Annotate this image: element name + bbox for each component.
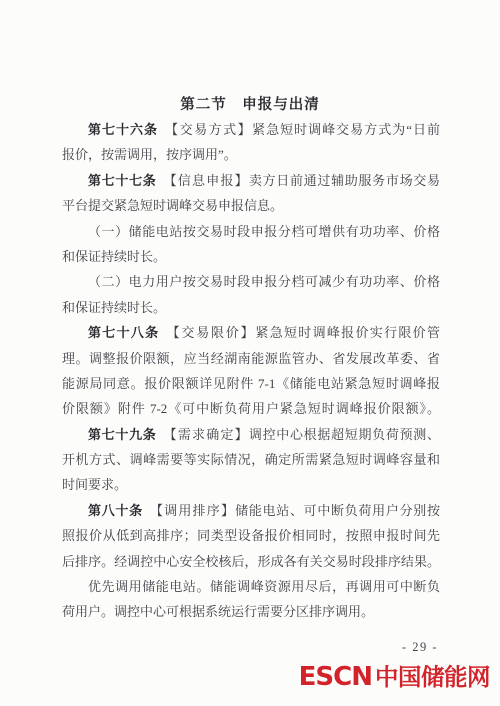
text-line: 第七十六条【交易方式】紧急短时调峰交易方式为“日前	[62, 117, 440, 142]
line-text: 平台提交紧急短时调峰交易申报信息。	[62, 198, 283, 213]
line-text: 照报价从低到高排序；同类型设备报价相同时，按照申报时间先	[62, 528, 440, 543]
line-text: 后排序。经调控中心安全校核后，形成各有关交易时段排序结果。	[62, 554, 440, 569]
line-text: 能源局同意。报价限额详见附件 7-1《储能电站紧急短时调峰报	[62, 376, 440, 391]
text-line: 第七十九条【需求确定】调控中心根据超短期负荷预测、	[62, 422, 440, 447]
text-line: 和保证持续时长。	[62, 295, 440, 320]
line-text: 时间要求。	[62, 477, 127, 492]
text-line: 开机方式、调峰需要等实际情况，确定所需紧急短时调峰容量和	[62, 447, 440, 472]
text-line: 荷用户。调控中心可根据系统运行需要分区排序调用。	[62, 599, 440, 624]
text-line: 价限额》附件 7-2《可中断负荷用户紧急短时调峰报价限额》。	[62, 396, 440, 421]
article-tag: 【交易限价】	[167, 325, 256, 340]
text-line: （一）储能电站按交易时段申报分档可增供有功功率、价格	[62, 219, 440, 244]
article-number: 第七十七条	[88, 173, 157, 188]
text-line: （二）电力用户按交易时段申报分档可减少有功功率、价格	[62, 269, 440, 294]
document-body: 第七十六条【交易方式】紧急短时调峰交易方式为“日前 报价，按需调用，按序调用”。…	[62, 117, 440, 625]
text-line: 和保证持续时长。	[62, 244, 440, 269]
article-number: 第七十九条	[88, 427, 157, 442]
article-tag: 【调用排序】	[150, 503, 235, 518]
line-text: （一）储能电站按交易时段申报分档可增供有功功率、价格	[88, 224, 440, 239]
article-number: 第八十条	[88, 503, 143, 518]
line-text: 紧急短时调峰报价实行限价管	[255, 325, 440, 340]
page-number: - 29 -	[402, 640, 438, 655]
text-line: 时间要求。	[62, 472, 440, 497]
text-line: 第八十条【调用排序】储能电站、可中断负荷用户分别按	[62, 498, 440, 523]
text-line: 理。调整报价限额，应当经湖南能源监管办、省发展改革委、省	[62, 346, 440, 371]
escn-watermark-logo: ESCN 中国储能网	[299, 664, 490, 690]
line-text: （二）电力用户按交易时段申报分档可减少有功功率、价格	[88, 274, 440, 289]
line-text: 卖方日前通过辅助服务市场交易	[249, 173, 440, 188]
document-page: 第二节 申报与出清 第七十六条【交易方式】紧急短时调峰交易方式为“日前 报价，按…	[0, 0, 500, 706]
logo-latin-text: ESCN	[299, 664, 372, 690]
line-text: 和保证持续时长。	[62, 249, 166, 264]
logo-cjk-text: 中国储能网	[375, 666, 490, 690]
line-text: 和保证持续时长。	[62, 300, 166, 315]
line-text: 理。调整报价限额，应当经湖南能源监管办、省发展改革委、省	[62, 351, 440, 366]
line-text: 紧急短时调峰交易方式为“日前	[252, 122, 440, 137]
text-line: 优先调用储能电站。储能调峰资源用尽后，再调用可中断负	[62, 574, 440, 599]
text-line: 平台提交紧急短时调峰交易申报信息。	[62, 193, 440, 218]
article-tag: 【交易方式】	[165, 122, 252, 137]
article-number: 第七十六条	[88, 122, 158, 137]
text-line: 后排序。经调控中心安全校核后，形成各有关交易时段排序结果。	[62, 549, 440, 574]
line-text: 优先调用储能电站。储能调峰资源用尽后，再调用可中断负	[88, 579, 440, 594]
line-text: 调控中心根据超短期负荷预测、	[249, 427, 440, 442]
line-text: 开机方式、调峰需要等实际情况，确定所需紧急短时调峰容量和	[62, 452, 440, 467]
line-text: 价限额》附件 7-2《可中断负荷用户紧急短时调峰报价限额》。	[62, 401, 440, 416]
text-line: 第七十八条【交易限价】紧急短时调峰报价实行限价管	[62, 320, 440, 345]
section-heading: 第二节 申报与出清	[0, 93, 500, 114]
line-text: 储能电站、可中断负荷用户分别按	[235, 503, 440, 518]
article-number: 第七十八条	[88, 325, 159, 340]
line-text: 报价，按需调用，按序调用”。	[62, 147, 237, 162]
text-line: 报价，按需调用，按序调用”。	[62, 142, 440, 167]
line-text: 荷用户。调控中心可根据系统运行需要分区排序调用。	[62, 604, 374, 619]
text-line: 照报价从低到高排序；同类型设备报价相同时，按照申报时间先	[62, 523, 440, 548]
text-line: 第七十七条【信息申报】卖方日前通过辅助服务市场交易	[62, 168, 440, 193]
article-tag: 【信息申报】	[164, 173, 249, 188]
article-tag: 【需求确定】	[164, 427, 249, 442]
text-line: 能源局同意。报价限额详见附件 7-1《储能电站紧急短时调峰报	[62, 371, 440, 396]
